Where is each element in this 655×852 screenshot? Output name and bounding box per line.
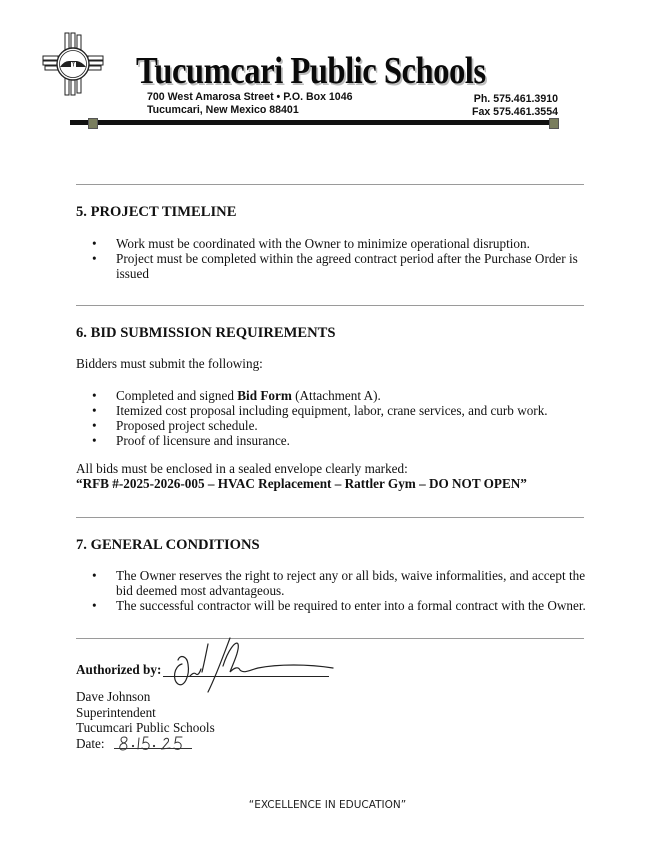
list-item: The successful contractor will be requir… <box>76 598 596 613</box>
divider-end-cap <box>549 118 559 129</box>
organization-name: Tucumcari Public Schools <box>136 49 486 93</box>
signer-title: Superintendent <box>76 705 215 721</box>
svg-text:T: T <box>72 63 75 69</box>
handwritten-date-icon <box>116 733 196 753</box>
fax-number: Fax 575.461.3554 <box>472 106 558 119</box>
list-item: Itemized cost proposal including equipme… <box>76 403 596 418</box>
section-heading-bid-submission: 6. BID SUBMISSION REQUIREMENTS <box>76 325 336 342</box>
project-timeline-list: Work must be coordinated with the Owner … <box>76 236 596 281</box>
zia-sun-symbol-icon: T <box>42 32 104 96</box>
list-item: Completed and signed Bid Form (Attachmen… <box>76 388 596 403</box>
envelope-label: “RFB #-2025-2026-005 – HVAC Replacement … <box>76 476 596 492</box>
phone-number: Ph. 575.461.3910 <box>472 93 558 106</box>
general-conditions-list: The Owner reserves the right to reject a… <box>76 568 596 613</box>
signer-name: Dave Johnson <box>76 689 215 705</box>
authorized-by-label: Authorized by: <box>76 662 161 678</box>
date-label: Date: <box>76 736 105 751</box>
bid-requirements-list: Completed and signed Bid Form (Attachmen… <box>76 388 596 448</box>
bid-intro-text: Bidders must submit the following: <box>76 356 596 372</box>
envelope-note: All bids must be enclosed in a sealed en… <box>76 461 596 477</box>
list-item: Proof of licensure and insurance. <box>76 433 596 448</box>
address-block: 700 West Amarosa Street • P.O. Box 1046 … <box>147 91 353 116</box>
address-line-2: Tucumcari, New Mexico 88401 <box>147 104 353 117</box>
bid-form-emphasis: Bid Form <box>237 388 292 403</box>
divider-end-cap <box>88 118 98 129</box>
section-divider <box>76 305 584 306</box>
letterhead-divider <box>70 120 559 125</box>
address-line-1: 700 West Amarosa Street • P.O. Box 1046 <box>147 91 353 104</box>
list-item: Proposed project schedule. <box>76 418 596 433</box>
section-divider <box>76 517 584 518</box>
section-heading-project-timeline: 5. PROJECT TIMELINE <box>76 204 236 221</box>
section-heading-general-conditions: 7. GENERAL CONDITIONS <box>76 537 260 554</box>
list-item: Project must be completed within the agr… <box>76 251 596 281</box>
section-divider <box>76 184 584 185</box>
list-item: The Owner reserves the right to reject a… <box>76 568 596 598</box>
list-item: Work must be coordinated with the Owner … <box>76 236 596 251</box>
contact-block: Ph. 575.461.3910 Fax 575.461.3554 <box>472 93 558 118</box>
footer-motto: “EXCELLENCE IN EDUCATION” <box>0 799 655 811</box>
